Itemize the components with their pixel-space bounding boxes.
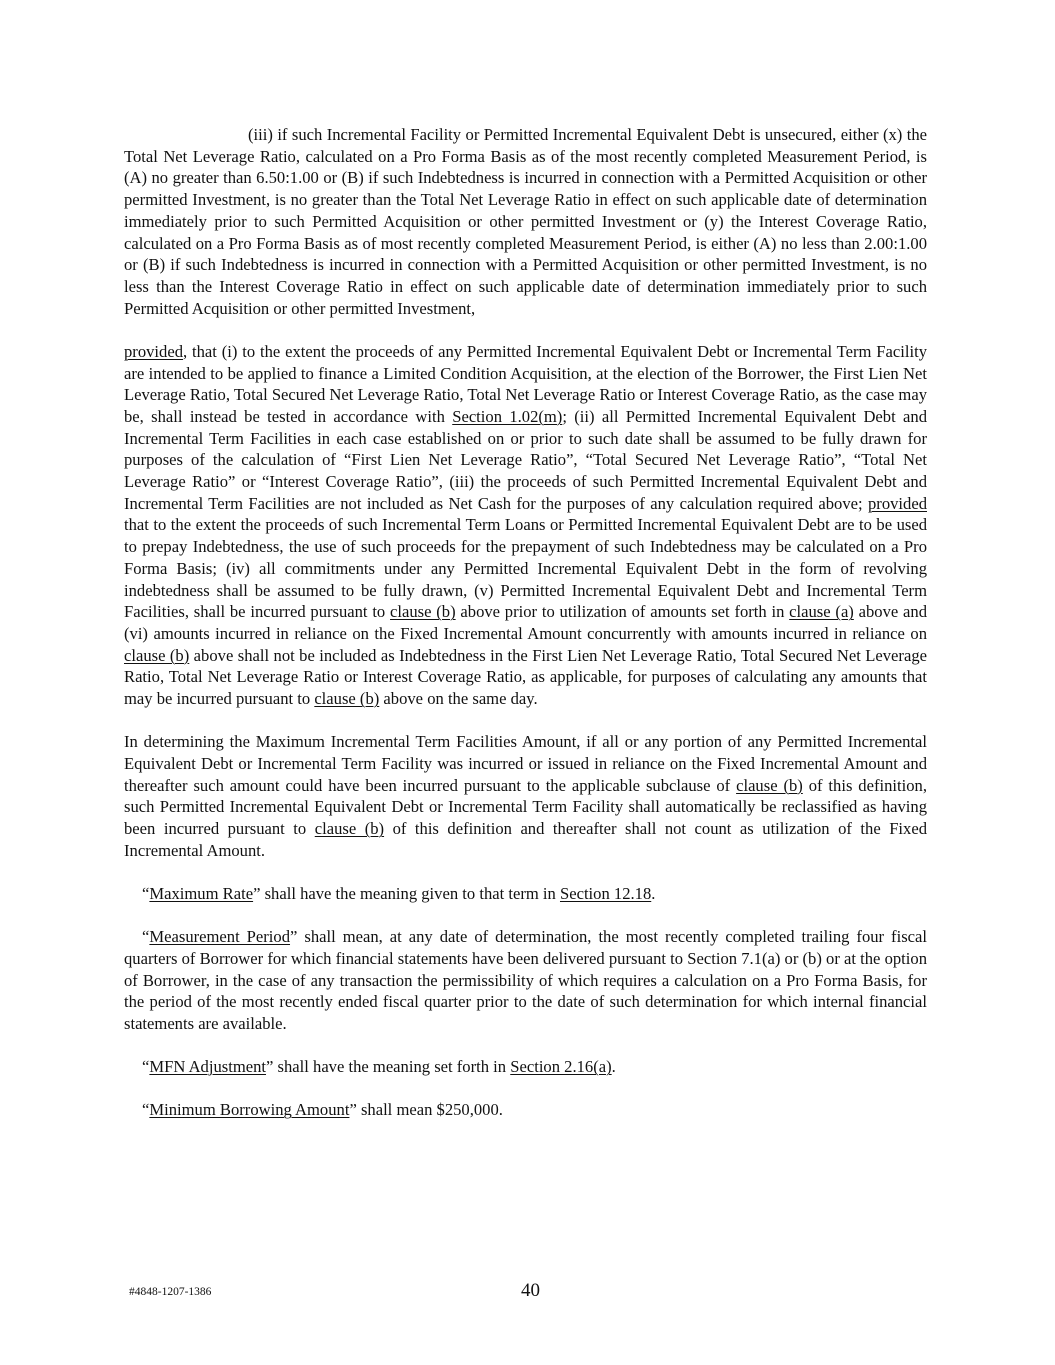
defined-term: Measurement Period (149, 927, 290, 946)
paragraph-gap (124, 1035, 927, 1057)
definition-measurement-period: “Measurement Period” shall mean, at any … (124, 926, 927, 1035)
section-2-16-a-link[interactable]: Section 2.16(a) (510, 1057, 611, 1076)
defined-term: Minimum Borrowing Amount (149, 1100, 349, 1119)
provided-term: provided (868, 494, 927, 513)
definition-mfn-adjustment: “MFN Adjustment” shall have the meaning … (124, 1056, 927, 1078)
clause-b-reference[interactable]: clause (b) (124, 646, 189, 665)
clause-b-reference[interactable]: clause (b) (390, 602, 456, 621)
definition-minimum-borrowing-amount: “Minimum Borrowing Amount” shall mean $2… (124, 1099, 927, 1121)
paragraph-iii-unsecured-condition: (iii) if such Incremental Facility or Pe… (124, 124, 927, 319)
text-run: above prior to utilization of amounts se… (456, 602, 790, 621)
section-12-18-link[interactable]: Section 12.18 (560, 884, 651, 903)
paragraph-gap (124, 862, 927, 884)
paragraph-gap (124, 1078, 927, 1100)
defined-term: MFN Adjustment (149, 1057, 266, 1076)
clause-b-reference[interactable]: clause (b) (314, 689, 379, 708)
paragraph-maximum-incremental-reclassification: In determining the Maximum Incremental T… (124, 731, 927, 861)
page-number: 40 (521, 1280, 540, 1302)
provided-term: provided (124, 342, 183, 361)
paragraph-gap (124, 319, 927, 341)
paragraph-provided-proviso: provided, that (i) to the extent the pro… (124, 341, 927, 710)
section-1-02-m-link[interactable]: Section 1.02(m) (452, 407, 562, 426)
clause-b-reference[interactable]: clause (b) (315, 819, 384, 838)
definition-end: . (651, 884, 655, 903)
definition-maximum-rate: “Maximum Rate” shall have the meaning gi… (124, 883, 927, 905)
paragraph-gap (124, 905, 927, 927)
definition-end: . (612, 1057, 616, 1076)
paragraph-gap (124, 710, 927, 732)
defined-term: Maximum Rate (149, 884, 253, 903)
definition-text: ” shall mean $250,000. (349, 1100, 502, 1119)
clause-a-reference[interactable]: clause (a) (789, 602, 854, 621)
document-page: (iii) if such Incremental Facility or Pe… (124, 124, 927, 1121)
definition-text: ” shall have the meaning given to that t… (253, 884, 560, 903)
definition-text: ” shall have the meaning set forth in (266, 1057, 510, 1076)
text-run: above on the same day. (379, 689, 537, 708)
clause-b-reference[interactable]: clause (b) (736, 776, 803, 795)
document-id-footer: #4848-1207-1386 (129, 1286, 211, 1298)
